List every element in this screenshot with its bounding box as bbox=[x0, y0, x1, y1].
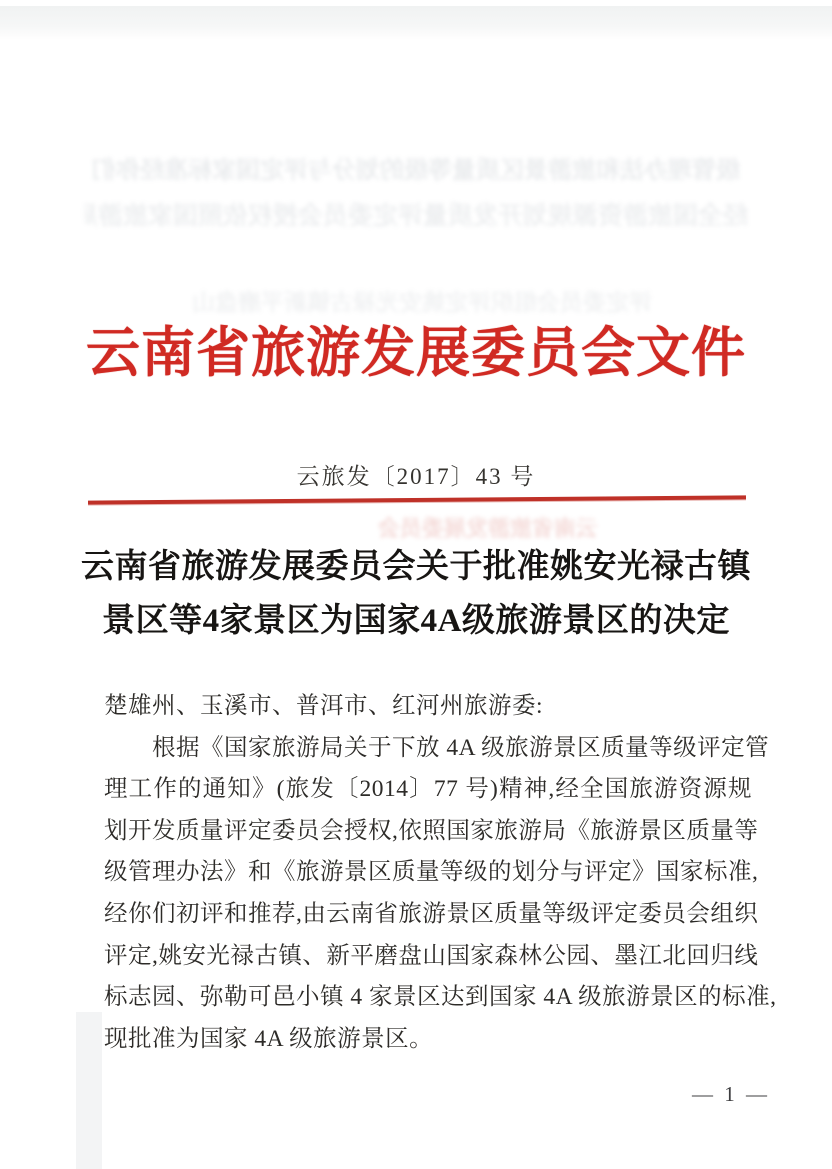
document-title: 云南省旅游发展委员会关于批准姚安光禄古镇景区等4家景区为国家4A级旅游景区的决定 bbox=[0, 540, 832, 648]
body-line: 现批准为国家 4A 级旅游景区。 bbox=[104, 1019, 752, 1061]
salutation: 楚雄州、玉溪市、普洱市、红河州旅游委: bbox=[104, 686, 752, 728]
bleedthrough-text-artifact: 级管理办法和旅游景区质量等级的划分与评定国家标准经你们 bbox=[92, 150, 740, 185]
document-page: 级管理办法和旅游景区质量等级的划分与评定国家标准经你们经全国旅游资源规划开发质量… bbox=[0, 0, 832, 1169]
body-line: 评定,姚安光禄古镇、新平磨盘山国家森林公园、墨江北回归线 bbox=[104, 936, 752, 978]
document-number: 云旅发〔2017〕43 号 bbox=[0, 458, 832, 491]
document-title-line: 云南省旅游发展委员会关于批准姚安光禄古镇 bbox=[0, 540, 832, 594]
body-line: 根据《国家旅游局关于下放 4A 级旅游景区质量等级评定管 bbox=[104, 728, 752, 770]
agency-banner-title: 云南省旅游发展委员会文件 bbox=[0, 310, 832, 387]
red-divider-rule bbox=[88, 495, 746, 504]
body-line: 划开发质量评定委员会授权,依照国家旅游局《旅游景区质量等 bbox=[104, 811, 752, 853]
scan-artifact-left-strip bbox=[76, 1012, 102, 1169]
body-line: 标志园、弥勒可邑小镇 4 家景区达到国家 4A 级旅游景区的标准, bbox=[104, 977, 752, 1019]
page-number: — 1 — bbox=[692, 1082, 770, 1107]
body-line: 理工作的通知》(旅发〔2014〕77 号)精神,经全国旅游资源规 bbox=[104, 769, 752, 811]
document-title-line: 景区等4家景区为国家4A级旅游景区的决定 bbox=[0, 594, 832, 648]
bleedthrough-text-artifact: 经全国旅游资源规划开发质量评定委员会授权依照国家旅游局 bbox=[84, 196, 748, 232]
body-line: 经你们初评和推荐,由云南省旅游景区质量等级评定委员会组织 bbox=[104, 894, 752, 936]
scan-artifact-top-band bbox=[0, 6, 832, 40]
document-body: 楚雄州、玉溪市、普洱市、红河州旅游委: 根据《国家旅游局关于下放 4A 级旅游景… bbox=[104, 686, 752, 1060]
body-line: 级管理办法》和《旅游景区质量等级的划分与评定》国家标准, bbox=[104, 852, 752, 894]
bleedthrough-text-artifact: 云南省旅游发展委员会 bbox=[168, 512, 598, 543]
